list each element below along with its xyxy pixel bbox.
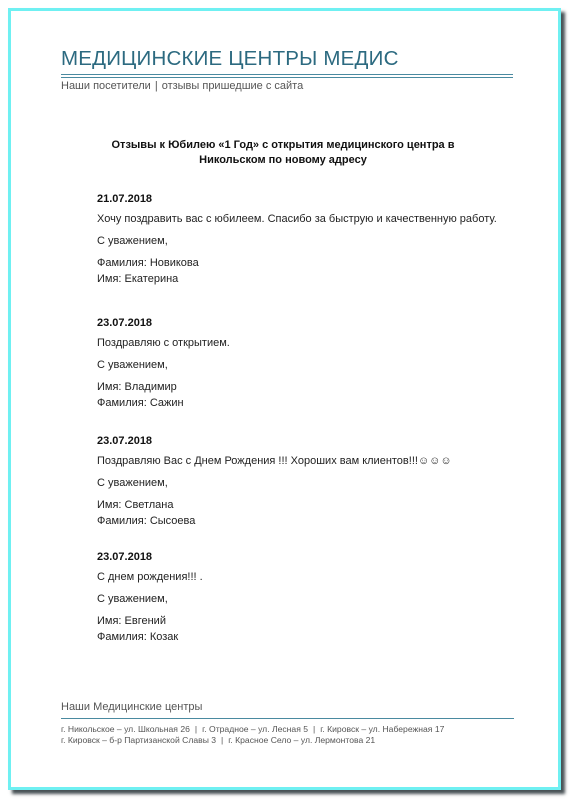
review-item: 21.07.2018 Хочу поздравить вас с юбилеем… [97,193,497,287]
review-regards: С уважением, [97,593,497,605]
review-regards: С уважением, [97,359,497,371]
footer-address: г. Никольское – ул. Школьная 26 [61,724,190,734]
footer-title: Наши Медицинские центры [61,701,202,713]
review-message: Хочу поздравить вас с юбилеем. Спасибо з… [97,211,497,227]
review-date: 23.07.2018 [97,551,497,563]
footer-separator: | [221,735,223,745]
review-message: С днем рождения!!! . [97,569,497,585]
review-item: 23.07.2018 Поздравляю Вас с Днем Рождени… [97,435,497,529]
review-date: 21.07.2018 [97,193,497,205]
footer-address: г. Кировск – б-р Партизанской Славы 3 [61,735,216,745]
footer-rule [61,718,514,719]
review-item: 23.07.2018 С днем рождения!!! . С уважен… [97,551,497,645]
footer-address: г. Отрадное – ул. Лесная 5 [202,724,308,734]
review-signature-line: Имя: Евгений [97,613,497,629]
review-signature-line: Имя: Владимир [97,379,497,395]
review-item: 23.07.2018 Поздравляю с открытием. С ува… [97,317,497,411]
document-heading-line-2: Никольском по новому адресу [73,153,493,168]
subtitle-description: отзывы пришедшие с сайта [162,80,304,92]
footer-separator: | [313,724,315,734]
review-signature-line: Фамилия: Козак [97,629,497,645]
review-regards: С уважением, [97,477,497,489]
review-message: Поздравляю с открытием. [97,335,497,351]
footer-address-line: г. Кировск – б-р Партизанской Славы 3|г.… [61,735,444,746]
subtitle-section: Наши посетители [61,80,151,92]
footer-address: г. Кировск – ул. Набережная 17 [320,724,444,734]
document-heading-line-1: Отзывы к Юбилею «1 Год» с открытия медиц… [73,138,493,153]
review-signature-line: Фамилия: Новикова [97,255,497,271]
review-signature-line: Фамилия: Сажин [97,395,497,411]
review-regards: С уважением, [97,235,497,247]
document-page: МЕДИЦИНСКИЕ ЦЕНТРЫ МЕДИС Наши посетители… [8,8,561,790]
brand-title: МЕДИЦИНСКИЕ ЦЕНТРЫ МЕДИС [61,47,399,71]
header-double-rule [61,74,513,78]
review-signature-line: Фамилия: Сысоева [97,513,497,529]
review-date: 23.07.2018 [97,317,497,329]
review-signature-line: Имя: Екатерина [97,271,497,287]
footer-addresses: г. Никольское – ул. Школьная 26|г. Отрад… [61,724,444,746]
footer-address: г. Красное Село – ул. Лермонтова 21 [228,735,375,745]
footer-separator: | [195,724,197,734]
review-message: Поздравляю Вас с Днем Рождения !!! Хорош… [97,453,497,469]
review-date: 23.07.2018 [97,435,497,447]
document-heading: Отзывы к Юбилею «1 Год» с открытия медиц… [73,138,493,168]
footer-address-line: г. Никольское – ул. Школьная 26|г. Отрад… [61,724,444,735]
header-subtitle: Наши посетители|отзывы пришедшие с сайта [61,80,303,92]
review-signature-line: Имя: Светлана [97,497,497,513]
subtitle-separator: | [155,80,158,92]
